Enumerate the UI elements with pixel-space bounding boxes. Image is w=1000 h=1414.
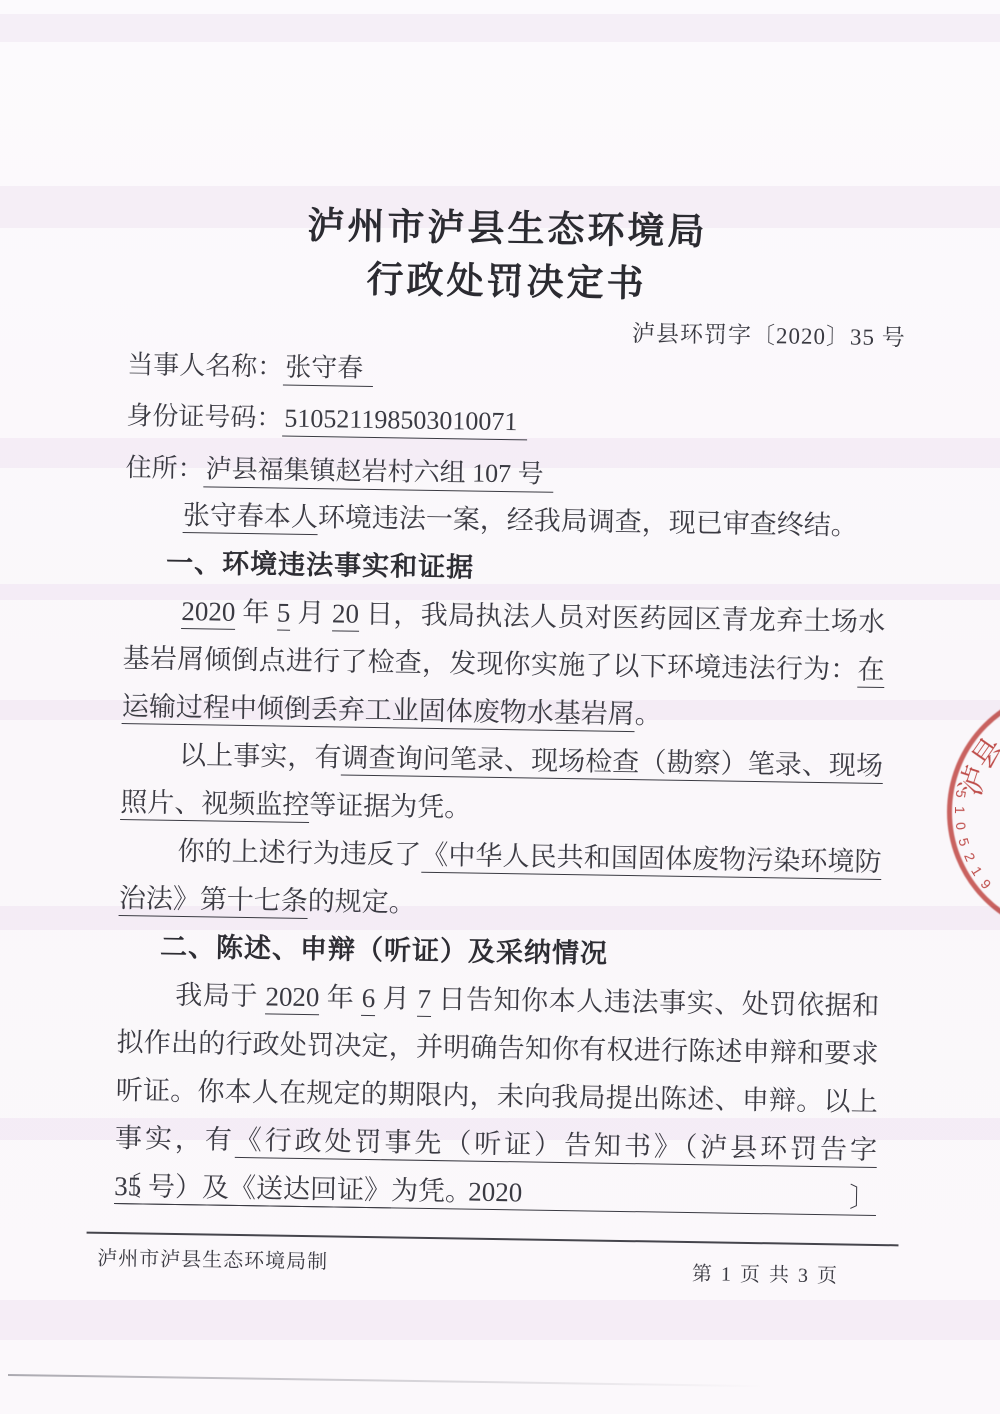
- party-name-label: 当事人名称：: [127, 350, 283, 381]
- body-text: 环境违法一案，经我局调查，现已审查终结。: [318, 502, 858, 540]
- footer-pagination: 第 1 页 共 3 页: [692, 1257, 839, 1288]
- party-field-row: 当事人名称：张守春: [127, 344, 374, 385]
- underlined-text: 2020: [265, 981, 320, 1015]
- underlined-text: 6: [361, 983, 375, 1016]
- body-text: 等证据为凭。: [309, 790, 471, 823]
- party-name-value: 张守春: [283, 353, 374, 387]
- party-address-label: 住所：: [125, 453, 203, 483]
- underlined-text: 20: [332, 598, 360, 631]
- body-text: 年: [235, 597, 277, 628]
- document-number: 泸县环罚字〔2020〕35 号: [632, 315, 906, 352]
- underlined-text: 照片、视频监控: [120, 787, 309, 823]
- body-text: 的规定。: [308, 886, 416, 918]
- party-field-row: 身份证号码：510521198503010071: [126, 395, 528, 438]
- body-text: 拟作出的行政处罚决定，并明确告知你有权进行陈述申辩和要求: [116, 1027, 878, 1069]
- body-text: 以上事实，有: [179, 740, 342, 773]
- document-content: 泸州市泸县生态环境局 行政处罚决定书 泸县环罚字〔2020〕35 号 当事人名称…: [0, 0, 1000, 1414]
- body-text: 事实，有: [115, 1123, 235, 1155]
- body-text: 为凭。: [391, 1175, 472, 1206]
- body-text: 你的上述行为违反了: [177, 836, 421, 870]
- party-id-label: 身份证号码：: [126, 401, 282, 432]
- body-text: 日，我局执法人员对医药园区青龙弃土场水: [359, 599, 886, 637]
- body-text: 二、陈述、申辩（听证）及采纳情况: [160, 932, 608, 969]
- scanned-document-page: 泸州市泸县生态环境局 行政处罚决定书 泸县环罚字〔2020〕35 号 当事人名称…: [0, 0, 1000, 1414]
- underlined-text: 《中华人民共和国固体废物污染环境防: [421, 840, 882, 880]
- underlined-text: 5: [277, 597, 291, 630]
- body-text: 一、环境违法事实和证据: [166, 548, 474, 583]
- underlined-text: 35 号）及《送达回证》: [114, 1171, 391, 1208]
- body-text: 日告知你本人违法事实、处罚依据和: [431, 984, 880, 1021]
- underlined-text: 张守春本人: [183, 500, 319, 535]
- party-id-value: 510521198503010071: [282, 404, 528, 441]
- body-text: 月: [290, 598, 332, 629]
- body-text: 月: [375, 983, 418, 1014]
- underlined-text: 治法》第十七条: [119, 883, 308, 919]
- body-text: 年: [319, 982, 362, 1013]
- body-text: 我局于: [175, 980, 266, 1011]
- underlined-text: 2020: [181, 596, 236, 630]
- underlined-text: 7: [417, 984, 431, 1017]
- party-field-row: 住所：泸县福集镇赵岩村六组 107 号: [125, 447, 554, 491]
- body-text: 听证。你本人在规定的期限内，未向我局提出陈述、申辩。以上: [116, 1075, 878, 1117]
- document-body: 张守春本人环境违法一案，经我局调查，现已审查终结。一、环境违法事实和证据2020…: [114, 490, 887, 1222]
- party-address-value: 泸县福集镇赵岩村六组 107 号: [203, 454, 553, 492]
- underlined-text: 调查询问笔录、现场检查（勘察）笔录、现场: [341, 743, 883, 785]
- footer-issuer: 泸州市泸县生态环境局制: [97, 1242, 328, 1275]
- underlined-text: 运输过程中倾倒丢弃工业固体废物水基岩屑: [122, 691, 635, 732]
- underlined-text: 在: [857, 655, 885, 688]
- body-text: 。: [635, 699, 662, 729]
- body-text: 基岩屑倾倒点进行了检查，发现你实施了以下环境违法行为：: [122, 643, 857, 685]
